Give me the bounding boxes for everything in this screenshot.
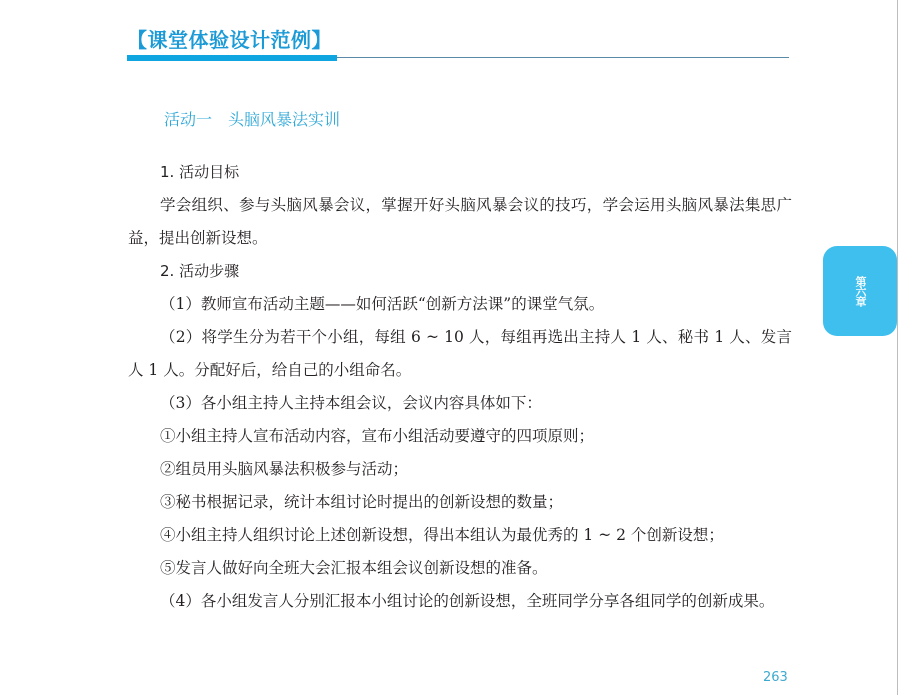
step-paragraph: （3）各小组主持人主持本组会议，会议内容具体如下：: [128, 387, 792, 420]
section-heading-goal: 1. 活动目标: [128, 156, 792, 189]
page-edge-line: [897, 0, 898, 695]
step-paragraph: （4）各小组发言人分别汇报本小组讨论的创新设想，全班同学分享各组同学的创新成果。: [128, 585, 792, 618]
sub-step-item: ⑤发言人做好向全班大会汇报本组会议创新设想的准备。: [128, 552, 792, 585]
document-body: 1. 活动目标 学会组织、参与头脑风暴会议，掌握开好头脑风暴会议的技巧，学会运用…: [128, 156, 792, 618]
paragraph-goal: 学会组织、参与头脑风暴会议，掌握开好头脑风暴会议的技巧，学会运用头脑风暴法集思广…: [128, 189, 792, 255]
step-paragraph: （2）将学生分为若干个小组，每组 6 ~ 10 人，每组再选出主持人 1 人、秘…: [128, 321, 792, 387]
sub-step-item: ③秘书根据记录，统计本组讨论时提出的创新设想的数量；: [128, 486, 792, 519]
section-heading-steps: 2. 活动步骤: [128, 255, 792, 288]
section-header: 【课堂体验设计范例】: [127, 22, 789, 64]
sub-step-item: ②组员用头脑风暴法积极参与活动；: [128, 453, 792, 486]
header-rule-accent: [127, 55, 337, 61]
sub-step-item: ④小组主持人组织讨论上述创新设想，得出本组认为最优秀的 1 ~ 2 个创新设想；: [128, 519, 792, 552]
chapter-tab: 第六章: [823, 246, 897, 336]
section-title: 【课堂体验设计范例】: [127, 24, 332, 53]
sub-step-item: ①小组主持人宣布活动内容，宣布小组活动要遵守的四项原则；: [128, 420, 792, 453]
chapter-tab-label: 第六章: [852, 276, 868, 306]
activity-title: 活动一 头脑风暴法实训: [164, 107, 340, 130]
page-number: 263: [763, 670, 788, 685]
step-paragraph: （1）教师宣布活动主题——如何活跃“创新方法课”的课堂气氛。: [128, 288, 792, 321]
